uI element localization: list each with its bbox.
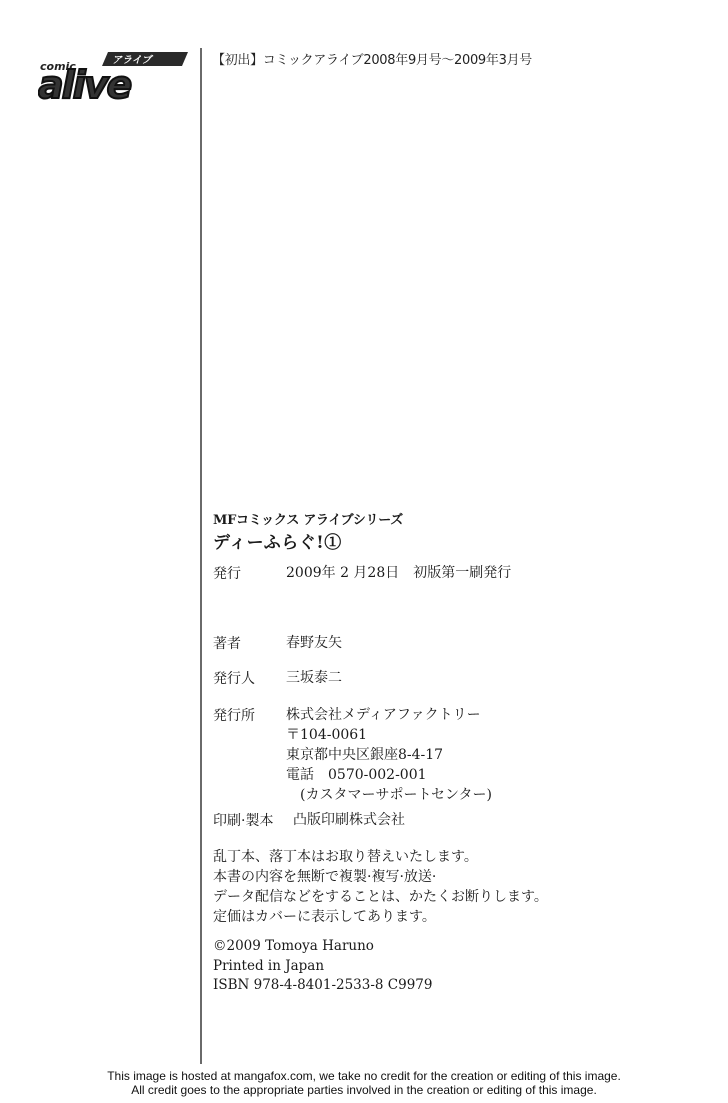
publisher-phone: 電話 0570-002-001 <box>286 765 492 785</box>
comic-alive-logo: アライブ comic alive <box>38 50 190 102</box>
printing-row: 印刷·製本 凸版印刷株式会社 <box>213 810 405 830</box>
copyright-block: ©2009 Tomoya Haruno Printed in Japan ISB… <box>213 937 433 996</box>
publisher-person-value: 三坂泰二 <box>286 668 342 688</box>
printed-in-line: Printed in Japan <box>213 957 433 977</box>
publisher-person-label: 発行人 <box>213 668 286 688</box>
logo-graphic: アライブ comic alive <box>38 50 190 102</box>
notice-line: データ配信などをすることは、かたくお断りします。 <box>213 887 548 907</box>
copyright-line: ©2009 Tomoya Haruno <box>213 937 433 957</box>
disclaimer-line: All credit goes to the appropriate parti… <box>0 1083 728 1097</box>
publisher-phone-note: (カスタマーサポートセンター) <box>286 785 492 805</box>
publisher-person-row: 発行人 三坂泰二 <box>213 668 342 688</box>
author-value: 春野友矢 <box>286 633 342 653</box>
first-publication-note: 【初出】コミックアライブ2008年9月号～2009年3月号 <box>212 49 532 68</box>
notice-line: 定価はカバーに表示してあります。 <box>213 907 548 927</box>
disclaimer-line: This image is hosted at mangafox.com, we… <box>0 1069 728 1083</box>
publisher-row: 発行所 株式会社メディアファクトリー 〒104-0061 東京都中央区銀座8-4… <box>213 705 492 805</box>
notices: 乱丁本、落丁本はお取り替えいたします。 本書の内容を無断で複製·複写·放送· デ… <box>213 847 548 927</box>
author-label: 著者 <box>213 633 286 653</box>
publisher-address: 株式会社メディアファクトリー 〒104-0061 東京都中央区銀座8-4-17 … <box>286 705 492 805</box>
publisher-company: 株式会社メディアファクトリー <box>286 705 492 725</box>
book-title: ディーふらぐ!① <box>213 528 342 553</box>
isbn-line: ISBN 978-4-8401-2533-8 C9979 <box>213 976 433 996</box>
author-row: 著者 春野友矢 <box>213 633 342 653</box>
printing-label: 印刷·製本 <box>213 810 293 830</box>
notice-line: 乱丁本、落丁本はお取り替えいたします。 <box>213 847 548 867</box>
notice-line: 本書の内容を無断で複製·複写·放送· <box>213 867 548 887</box>
publisher-postal-code: 〒104-0061 <box>286 725 492 745</box>
svg-text:alive: alive <box>38 63 131 102</box>
printing-value: 凸版印刷株式会社 <box>293 810 405 830</box>
series-name: MFコミックス アライブシリーズ <box>213 509 403 528</box>
publisher-label: 発行所 <box>213 705 286 805</box>
vertical-divider <box>200 48 202 1064</box>
issue-value: 2009年 2 月28日 初版第一刷発行 <box>286 563 511 583</box>
issue-label: 発行 <box>213 563 286 583</box>
issue-row: 発行 2009年 2 月28日 初版第一刷発行 <box>213 563 511 583</box>
publisher-street: 東京都中央区銀座8-4-17 <box>286 745 492 765</box>
hosting-disclaimer: This image is hosted at mangafox.com, we… <box>0 1069 728 1097</box>
